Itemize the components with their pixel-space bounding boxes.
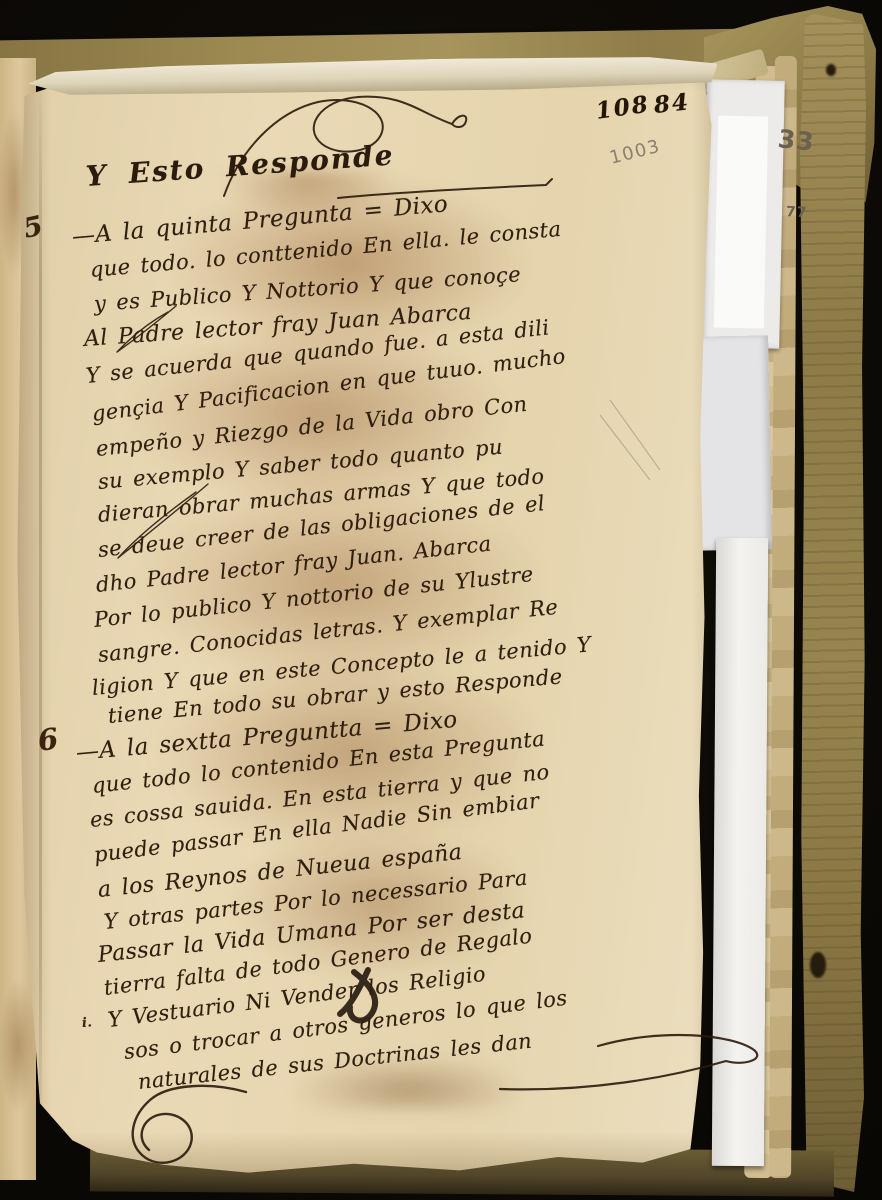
edge-pencil-77: 77 [786, 204, 808, 221]
cover-dark-spot [826, 64, 836, 76]
bookmark-paper-middle [696, 335, 772, 550]
bookmark-paper-strip [712, 538, 768, 1166]
margin-number-6: 6 [36, 721, 61, 758]
margin-mark: i. [81, 1015, 92, 1031]
cover-dark-spot [810, 952, 826, 978]
manuscript-photo: Y Esto Responde —A la quinta Pregunta = … [0, 0, 882, 1200]
bookmark-paper-top-inner [714, 115, 768, 328]
edge-pencil-33: 33 [776, 124, 816, 157]
book-cover-right-edge [800, 12, 866, 1192]
folio-ink-84: 84 [653, 88, 692, 119]
